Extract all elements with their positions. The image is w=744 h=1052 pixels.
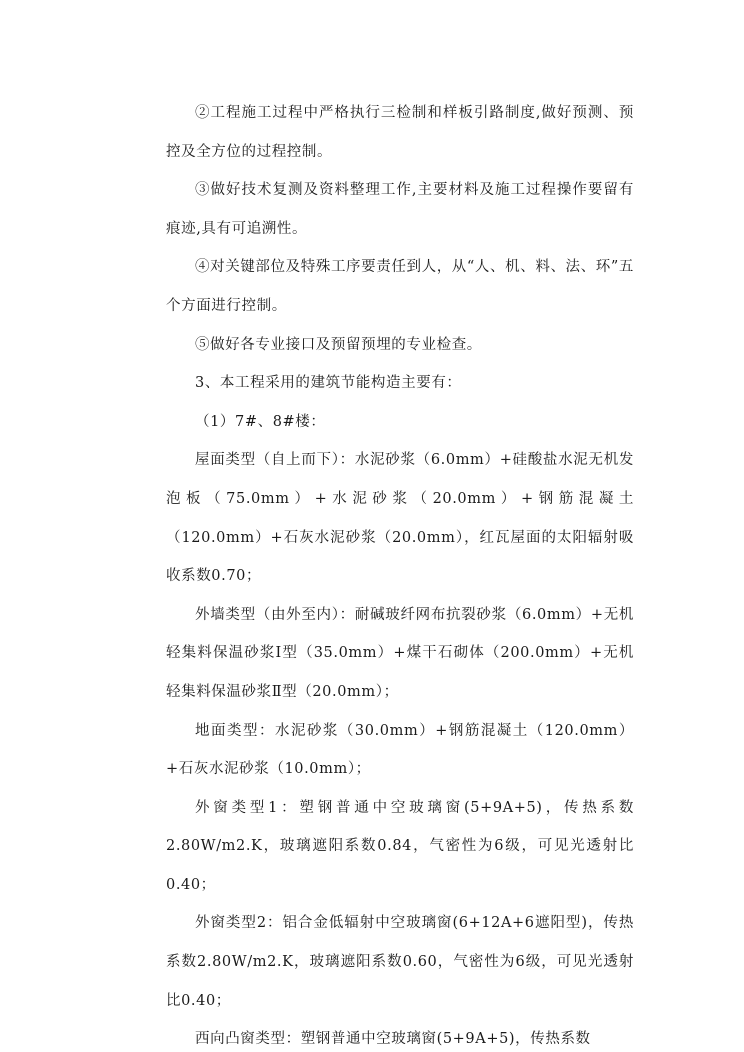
paragraph-floor-type: 地面类型：水泥砂浆（30.0mm）+钢筋混凝土（120.0mm）+石灰水泥砂浆（… [166,712,634,789]
paragraph-quality-control-2: ②工程施工过程中严格执行三检制和样板引路制度,做好预测、预控及全方位的过程控制。 [166,94,634,171]
paragraph-quality-control-5: ⑤做好各专业接口及预留预埋的专业检查。 [166,326,634,365]
section-heading-energy-saving: 3、本工程采用的建筑节能构造主要有： [166,364,634,403]
paragraph-exterior-wall-type: 外墙类型（由外至内）：耐碱玻纤网布抗裂砂浆（6.0mm）+无机轻集料保温砂浆Ⅰ型… [166,596,634,712]
paragraph-quality-control-4: ④对关键部位及特殊工序要责任到人，从“人、机、料、法、环”五个方面进行控制。 [166,248,634,325]
paragraph-quality-control-3: ③做好技术复测及资料整理工作,主要材料及施工过程操作要留有痕迹,具有可追溯性。 [166,171,634,248]
paragraph-west-bay-window: 西向凸窗类型：塑钢普通中空玻璃窗(5+9A+5)，传热系数 [166,1020,634,1052]
subsection-heading-buildings: （1）7#、8#楼： [166,403,634,442]
paragraph-roof-type: 屋面类型（自上而下）：水泥砂浆（6.0mm）+硅酸盐水泥无机发泡板（75.0mm… [166,441,634,595]
paragraph-window-type-2: 外窗类型2：铝合金低辐射中空玻璃窗(6+12A+6遮阳型)，传热系数2.80W/… [166,904,634,1020]
document-page: ②工程施工过程中严格执行三检制和样板引路制度,做好预测、预控及全方位的过程控制。… [166,94,634,1052]
paragraph-window-type-1: 外窗类型1：塑钢普通中空玻璃窗(5+9A+5)，传热系数2.80W/m2.K，玻… [166,789,634,905]
